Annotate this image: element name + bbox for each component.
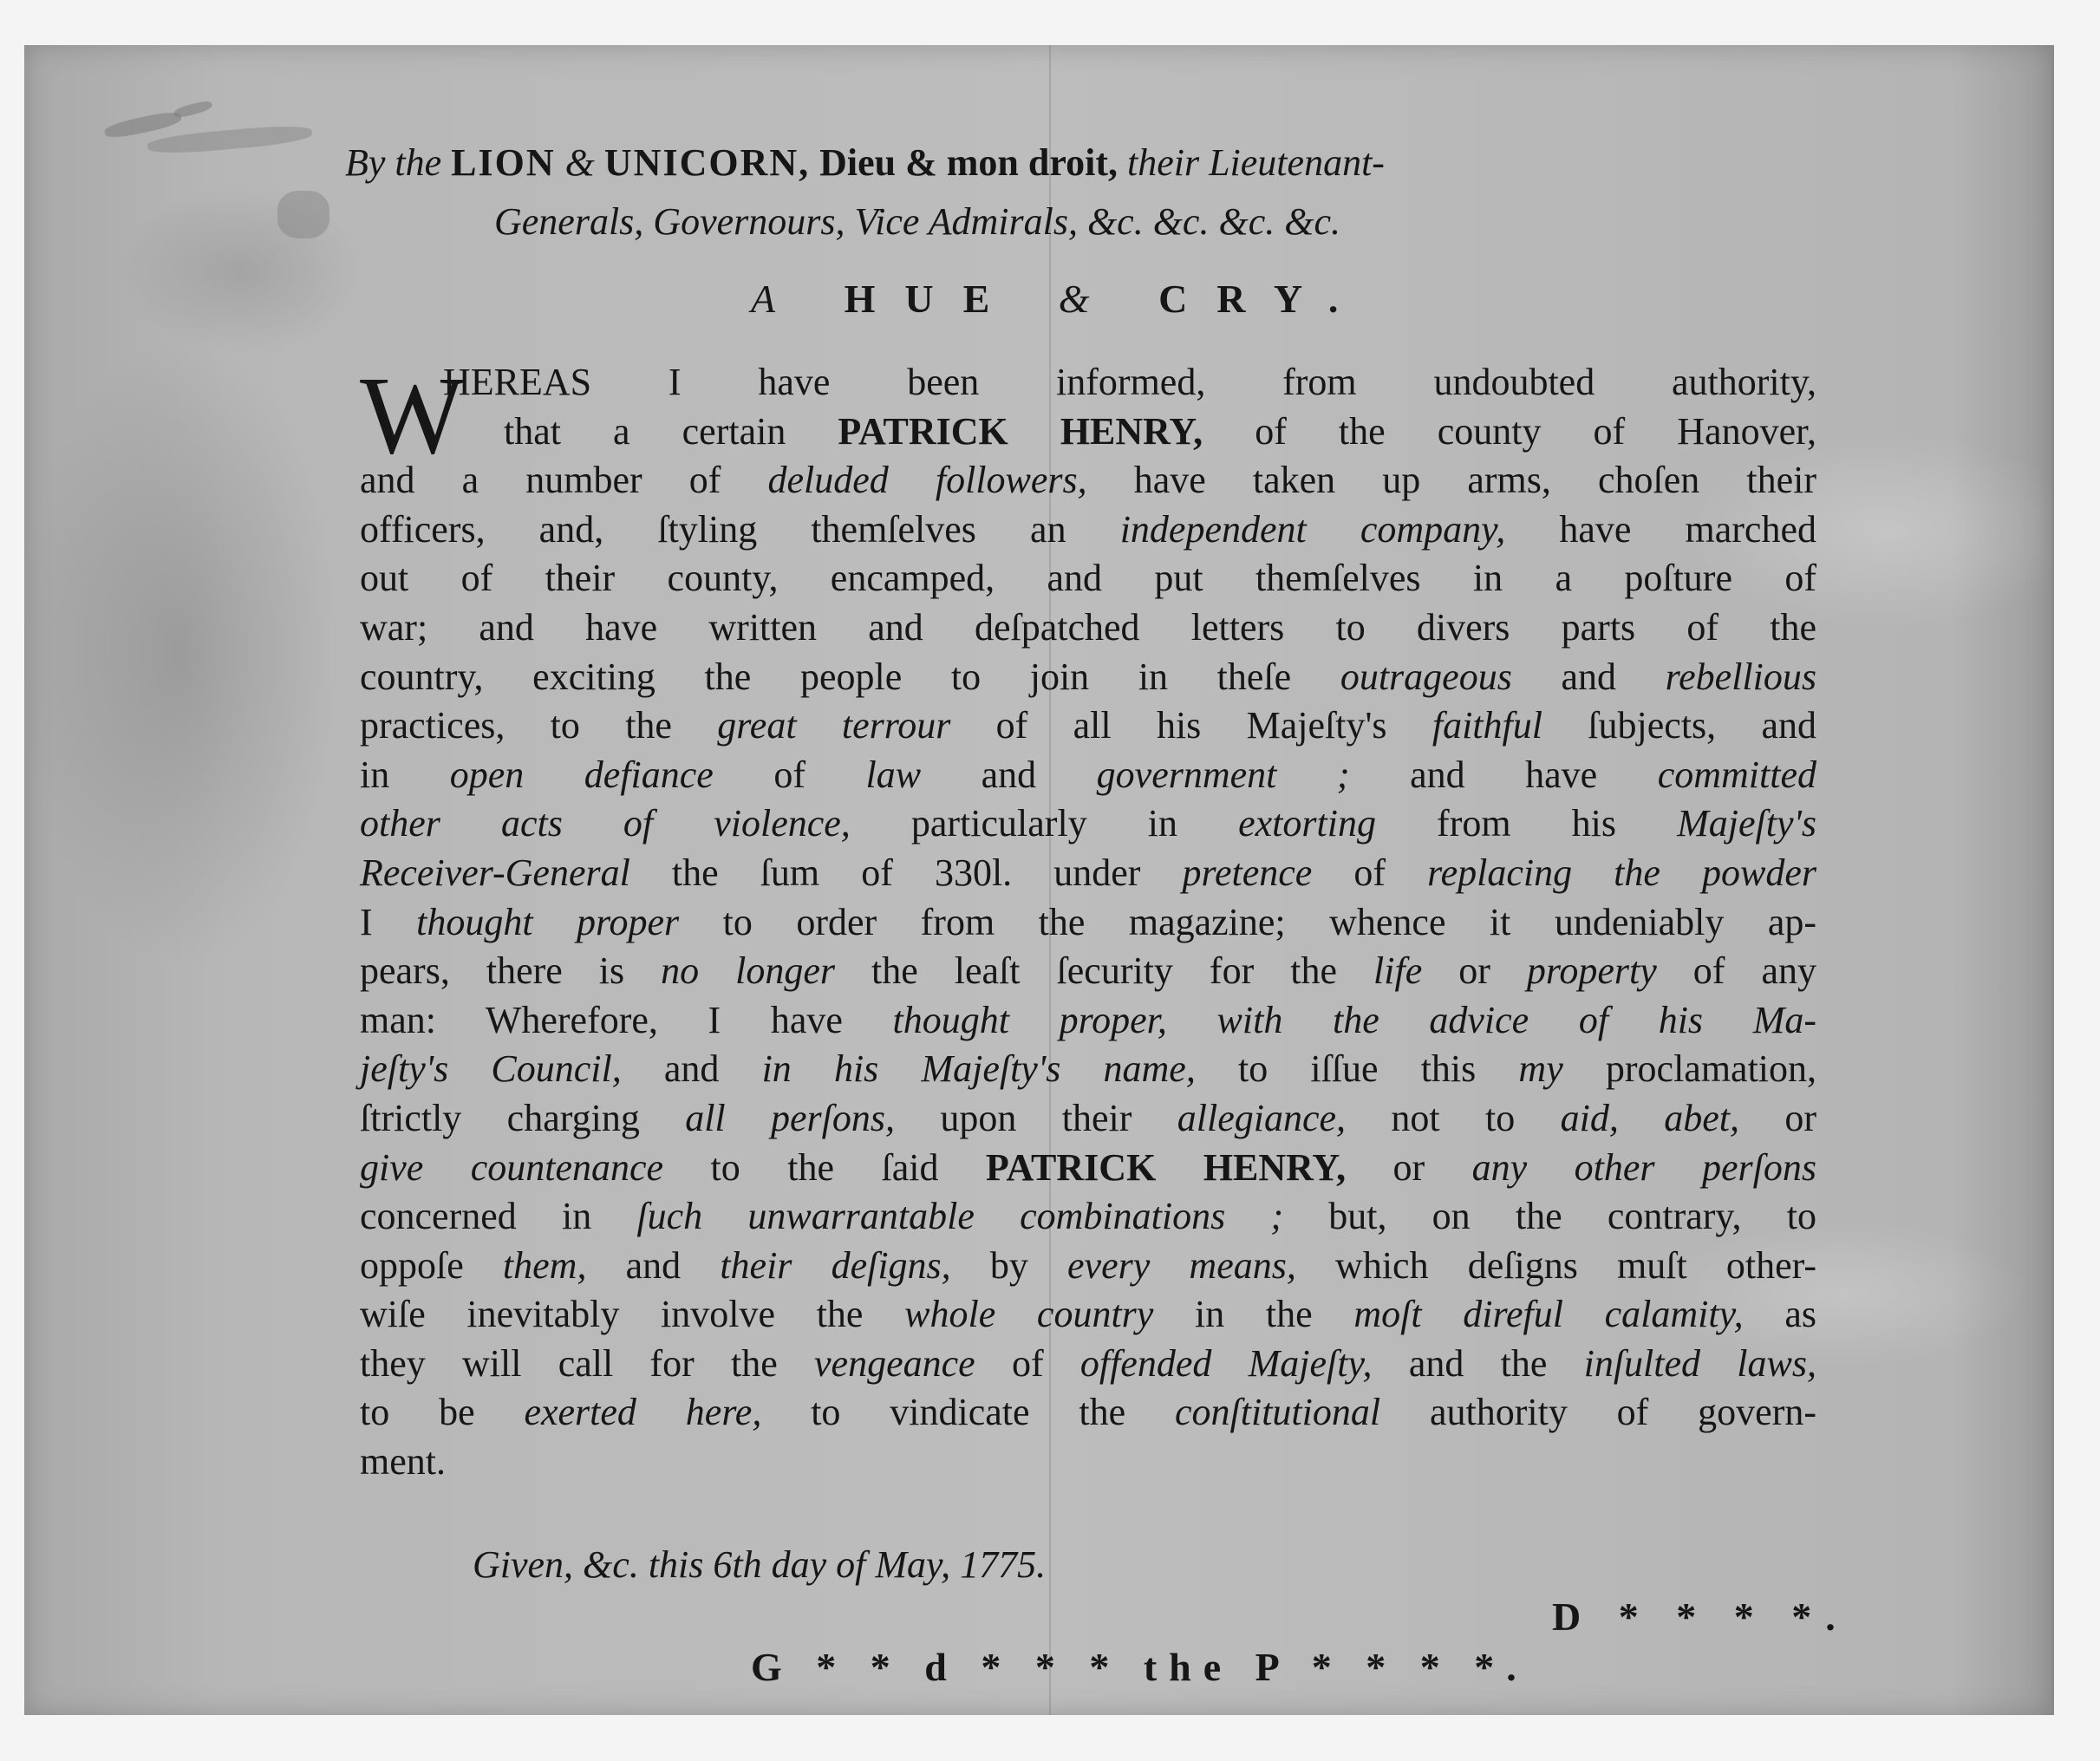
- body-text-segment: or: [1739, 1097, 1816, 1139]
- body-text-segment: I: [360, 901, 416, 943]
- body-text-segment: to the ſaid: [663, 1146, 986, 1189]
- body-line: out of their county, encamped, and put t…: [360, 554, 1816, 603]
- body-text-segment: offended Majeſty,: [1080, 1342, 1373, 1385]
- body-text-segment: upon their: [895, 1097, 1177, 1139]
- title-lion: LION: [451, 141, 555, 184]
- body-line: in open defiance of law and government ;…: [360, 751, 1816, 800]
- body-text-segment: particularly in: [851, 802, 1238, 845]
- body-text-segment: the ſum of 330l. under: [630, 851, 1183, 894]
- body-text-segment: which deſigns muſt other-: [1296, 1244, 1816, 1287]
- body-text-segment: authority of govern-: [1380, 1391, 1816, 1433]
- body-line: they will call for the vengeance of offe…: [360, 1340, 1816, 1389]
- body-text-segment: open defiance: [450, 753, 714, 796]
- body-text-segment: country, exciting the people to join in …: [360, 655, 1340, 698]
- body-text-segment: vengeance: [814, 1342, 975, 1385]
- body-text-segment: in his Majeſty's name,: [762, 1047, 1196, 1090]
- body-text-segment: from his: [1376, 802, 1677, 845]
- body-text-segment: thought proper, with the advice of his M…: [893, 999, 1816, 1041]
- body-text-segment: and: [622, 1047, 762, 1090]
- body-text-segment: man: Wherefore, I have: [360, 999, 893, 1041]
- body-text-segment: not to: [1346, 1097, 1561, 1139]
- given-date-line: Given, &c. this 6th day of May, 1775.: [473, 1546, 1046, 1584]
- body-text-segment: whole country: [904, 1293, 1153, 1335]
- body-text-segment: pretence: [1182, 851, 1312, 894]
- body-line: wiſe inevitably involve the whole countr…: [360, 1290, 1816, 1340]
- title-line-2: Generals, Governours, Vice Admirals, &c.…: [494, 203, 1340, 241]
- body-text-segment: HEREAS I have been informed, from undoub…: [443, 361, 1816, 403]
- body-text-segment: moſt direful calamity,: [1353, 1293, 1743, 1335]
- body-text-segment: conſtitutional: [1175, 1391, 1380, 1433]
- body-text-segment: life: [1373, 949, 1422, 992]
- body-text-segment: of: [1312, 851, 1427, 894]
- body-text-segment: they will call for the: [360, 1342, 814, 1385]
- body-text-segment: or: [1422, 949, 1527, 992]
- body-line: war; and have written and deſpatched let…: [360, 603, 1816, 653]
- body-line: ſtrictly charging all perſons, upon thei…: [360, 1094, 1816, 1144]
- signature: D * * * *.: [1552, 1597, 1849, 1637]
- title-unicorn: UNICORN,: [604, 141, 810, 184]
- ink-stain: [277, 191, 329, 238]
- body-text-segment: of all his Majeſty's: [950, 704, 1432, 747]
- body-text-segment: ſtrictly charging: [360, 1097, 685, 1139]
- body-text-segment: in: [360, 753, 450, 796]
- body-text-segment: have taken up arms, choſen their: [1087, 459, 1816, 501]
- body-text-segment: government ;: [1097, 753, 1350, 796]
- body-text-segment: that a certain: [504, 410, 838, 453]
- body-text-segment: independent company,: [1120, 508, 1506, 551]
- heading-hue: HUE: [845, 277, 1020, 321]
- body-text-segment: and: [1512, 655, 1666, 698]
- body-line: pears, there is no longer the leaſt ſecu…: [360, 947, 1816, 996]
- body-text-segment: to be: [360, 1391, 524, 1433]
- body-text-segment: deluded followers,: [767, 459, 1086, 501]
- body-line: officers, and, ſtyling themſelves an ind…: [360, 505, 1816, 555]
- body-text-segment: them,: [503, 1244, 587, 1287]
- body-text-segment: in the: [1153, 1293, 1353, 1335]
- body-line: ment.: [360, 1438, 1816, 1487]
- body-text-segment: to order from the magazine; whence it un…: [679, 901, 1816, 943]
- body-text-segment: exerted here,: [524, 1391, 761, 1433]
- body-text-segment: give countenance: [360, 1146, 663, 1189]
- body-text-segment: no longer: [661, 949, 835, 992]
- body-text-segment: PATRICK HENRY,: [986, 1146, 1346, 1189]
- heading-cry: CRY.: [1158, 277, 1367, 321]
- body-text-segment: the leaſt ſecurity for the: [835, 949, 1373, 992]
- body-text-segment: every means,: [1067, 1244, 1296, 1287]
- body-line: to be exerted here, to vindicate the con…: [360, 1388, 1816, 1438]
- body-text-segment: great terrour: [717, 704, 950, 747]
- body-text-segment: ſubjects, and: [1542, 704, 1816, 747]
- body-text-segment: jeſty's Council,: [360, 1047, 622, 1090]
- title-motto: Dieu & mon droit,: [819, 141, 1118, 184]
- body-text-segment: other acts of violence,: [360, 802, 851, 845]
- body-text-segment: have marched: [1505, 508, 1816, 551]
- body-line: oppoſe them, and their deſigns, by every…: [360, 1242, 1816, 1291]
- body-text-segment: of the county of Hanover,: [1203, 410, 1816, 453]
- proclamation-body: HEREAS I have been informed, from undoub…: [360, 358, 1816, 1487]
- body-text-segment: wiſe inevitably involve the: [360, 1293, 904, 1335]
- body-text-segment: proclamation,: [1563, 1047, 1816, 1090]
- body-text-segment: aid, abet,: [1561, 1097, 1739, 1139]
- body-text-segment: replacing the powder: [1427, 851, 1816, 894]
- body-text-segment: and a number of: [360, 459, 767, 501]
- body-text-segment: all perſons,: [685, 1097, 895, 1139]
- body-line: and a number of deluded followers, have …: [360, 456, 1816, 505]
- body-text-segment: oppoſe: [360, 1244, 503, 1287]
- title-tail: their Lieutenant-: [1127, 141, 1385, 184]
- body-text-segment: as: [1744, 1293, 1816, 1335]
- body-text-segment: law: [866, 753, 922, 796]
- body-line: man: Wherefore, I have thought proper, w…: [360, 996, 1816, 1046]
- body-text-segment: any other perſons: [1472, 1146, 1816, 1189]
- body-text-segment: extorting: [1238, 802, 1376, 845]
- heading-amp: &: [1059, 277, 1119, 321]
- body-text-segment: their deſigns,: [720, 1244, 950, 1287]
- body-text-segment: officers, and, ſtyling themſelves an: [360, 508, 1120, 551]
- title-line-1: By the LION & UNICORN, Dieu & mon droit,…: [345, 144, 1385, 182]
- body-text-segment: practices, to the: [360, 704, 717, 747]
- body-text-segment: and the: [1373, 1342, 1584, 1385]
- body-text-segment: to iſſue this: [1196, 1047, 1519, 1090]
- body-text-segment: of any: [1657, 949, 1816, 992]
- heading-a: A: [751, 277, 805, 321]
- body-line: jeſty's Council, and in his Majeſty's na…: [360, 1045, 1816, 1094]
- body-text-segment: pears, there is: [360, 949, 661, 992]
- title-line-2-text: Generals, Governours, Vice Admirals, &c.…: [494, 200, 1340, 243]
- body-text-segment: thought proper: [416, 901, 679, 943]
- body-text-segment: war; and have written and deſpatched let…: [360, 606, 1816, 649]
- heading-hue-and-cry: A HUE & CRY.: [751, 279, 1367, 319]
- body-text-segment: faithful: [1432, 704, 1542, 747]
- title-amp: &: [565, 141, 595, 184]
- body-text-segment: committed: [1658, 753, 1816, 796]
- body-text-segment: ment.: [360, 1440, 446, 1483]
- body-text-segment: Majeſty's: [1677, 802, 1816, 845]
- given-date-text: Given, &c. this 6th day of May, 1775.: [473, 1543, 1046, 1586]
- body-text-segment: my: [1518, 1047, 1562, 1090]
- body-text-segment: ſuch unwarrantable combinations ;: [636, 1195, 1283, 1237]
- body-text-segment: inſulted laws,: [1584, 1342, 1816, 1385]
- body-text-segment: but, on the contrary, to: [1283, 1195, 1816, 1237]
- body-text-segment: property: [1527, 949, 1657, 992]
- body-text-segment: by: [951, 1244, 1067, 1287]
- body-line: country, exciting the people to join in …: [360, 653, 1816, 702]
- body-text-segment: concerned in: [360, 1195, 636, 1237]
- body-text-segment: Receiver-General: [360, 851, 630, 894]
- body-text-segment: out of their county, encamped, and put t…: [360, 557, 1816, 599]
- body-line: concerned in ſuch unwarrantable combinat…: [360, 1192, 1816, 1242]
- body-line: I thought proper to order from the magaz…: [360, 898, 1816, 948]
- body-text-segment: and: [586, 1244, 720, 1287]
- body-text-segment: and: [921, 753, 1097, 796]
- body-text-segment: of: [975, 1342, 1080, 1385]
- body-line: other acts of violence, particularly in …: [360, 799, 1816, 849]
- body-text-segment: allegiance,: [1177, 1097, 1346, 1139]
- body-line: practices, to the great terrour of all h…: [360, 701, 1816, 751]
- body-line: Receiver-General the ſum of 330l. under …: [360, 849, 1816, 898]
- closing-line: G * * d * * * the P * * * *.: [751, 1647, 1529, 1687]
- body-text-segment: PATRICK HENRY,: [838, 410, 1203, 453]
- body-line: HEREAS I have been informed, from undoub…: [360, 358, 1816, 408]
- title-by: By the: [345, 141, 441, 184]
- body-line: that a certain PATRICK HENRY, of the cou…: [360, 408, 1816, 457]
- body-text-segment: outrageous: [1340, 655, 1512, 698]
- body-text-segment: to vindicate the: [761, 1391, 1175, 1433]
- body-text-segment: rebellious: [1666, 655, 1816, 698]
- body-line: give countenance to the ſaid PATRICK HEN…: [360, 1144, 1816, 1193]
- body-text-segment: or: [1346, 1146, 1472, 1189]
- body-text-segment: and have: [1350, 753, 1658, 796]
- body-text-segment: of: [714, 753, 866, 796]
